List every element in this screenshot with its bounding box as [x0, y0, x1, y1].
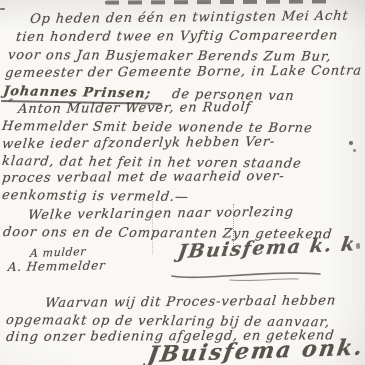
top-edge-smudge	[105, 0, 335, 5]
manuscript-page: Op heden den één en twintigsten Mei Acht…	[0, 0, 365, 365]
manuscript-line-11: Welke verklaringen naar voorlezing	[27, 206, 294, 223]
manuscript-line-1: Op heden den één en twintigsten Mei Acht	[29, 10, 349, 27]
manuscript-line-10: eenkomstig is vermeld.—	[1, 189, 189, 205]
fold-crease	[233, 204, 234, 248]
signature-flourish	[170, 267, 330, 283]
ink-speck	[356, 243, 360, 249]
ink-speck	[0, 8, 5, 10]
ink-speck	[353, 149, 356, 152]
ink-speck	[250, 206, 253, 209]
bottom-cutoff-signature: JBuisfema onk. k	[147, 339, 365, 362]
manuscript-line-4: gemeester der Gemeente Borne, in Lake Co…	[4, 65, 362, 82]
manuscript-line-13: Waarvan wij dit Proces-verbaal hebben	[44, 294, 336, 311]
manuscript-line-9: proces verbaal met de waarheid over-	[1, 170, 285, 186]
ink-speck	[349, 141, 353, 145]
witness-signature-hemmelder: A. Hemmelder	[7, 258, 106, 274]
manuscript-line-2: tien honderd twee en Vyftig Compareerden	[15, 29, 339, 45]
manuscript-line-7: welke ieder afzonderlyk hebben Ver-	[1, 136, 275, 152]
manuscript-line-3: voor ons Jan Busjemaker Berends Zum Bur,	[7, 49, 332, 65]
fold-crease	[152, 198, 153, 254]
official-signature: JBuisfema k. k	[177, 237, 357, 259]
manuscript-line-5: Anton Mulder Wever, en Rudolf	[17, 101, 252, 117]
